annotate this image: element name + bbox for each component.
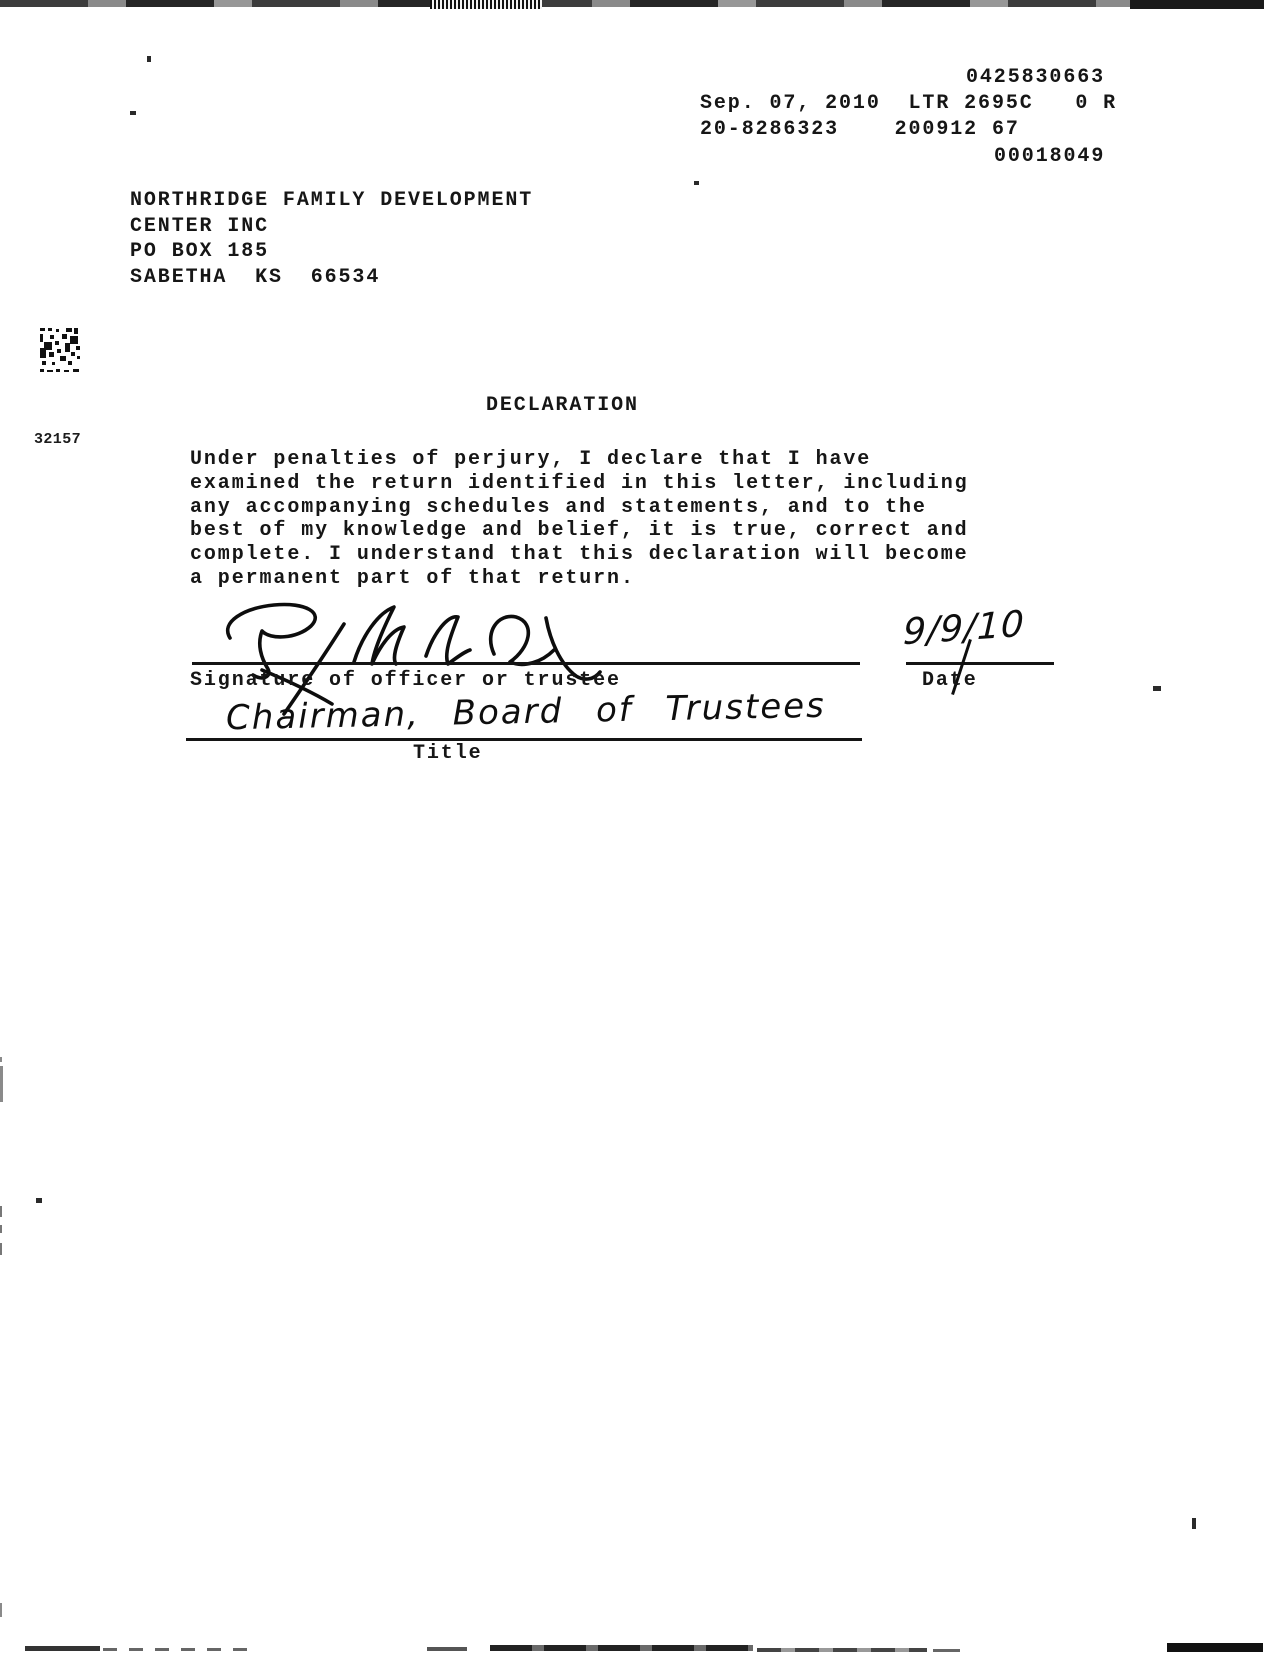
data-matrix-barcode-icon xyxy=(40,328,82,374)
scan-speck xyxy=(36,1198,42,1203)
declaration-line: complete. I understand that this declara… xyxy=(190,543,969,567)
header-date-line: Sep. 07, 2010 LTR 2695C 0 R xyxy=(700,92,1117,116)
declaration-heading: DECLARATION xyxy=(486,394,639,418)
declaration-line: examined the return identified in this l… xyxy=(190,472,969,496)
scan-artifact-bottom-edge xyxy=(1167,1643,1263,1652)
date-label: Date xyxy=(922,669,978,693)
scan-artifact-bottom-edge xyxy=(933,1649,960,1652)
scan-artifact-left-line xyxy=(0,1066,3,1102)
side-code: 32157 xyxy=(34,432,81,447)
scan-speck xyxy=(130,111,136,115)
scan-artifact-left-tick xyxy=(0,1057,2,1062)
scan-artifact-bottom-edge xyxy=(757,1648,927,1652)
signature-line-rule xyxy=(192,662,860,665)
scan-artifact-top-edge xyxy=(0,0,1264,7)
scan-artifact-left-dash xyxy=(0,1243,2,1255)
header-control-number: 00018049 xyxy=(994,145,1105,169)
declaration-paragraph: Under penalties of perjury, I declare th… xyxy=(190,448,969,591)
scan-artifact-bottom-edge xyxy=(25,1646,100,1651)
address-line: NORTHRIDGE FAMILY DEVELOPMENT xyxy=(130,188,533,214)
recipient-address: NORTHRIDGE FAMILY DEVELOPMENT CENTER INC… xyxy=(130,188,533,290)
declaration-line: any accompanying schedules and statement… xyxy=(190,496,969,520)
header-doc-number: 0425830663 xyxy=(966,66,1105,90)
scan-artifact-bottom-edge xyxy=(427,1647,467,1651)
declaration-line: best of my knowledge and belief, it is t… xyxy=(190,519,969,543)
declaration-line: Under penalties of perjury, I declare th… xyxy=(190,448,969,472)
signature-label: Signature of officer or trustee xyxy=(190,669,621,693)
scanned-letter-page: 0425830663 Sep. 07, 2010 LTR 2695C 0 R 2… xyxy=(0,0,1264,1653)
scan-artifact-bottom-edge xyxy=(103,1648,250,1651)
scan-speck xyxy=(1153,686,1161,691)
scan-artifact-left-tick xyxy=(0,1603,2,1617)
scan-speck xyxy=(147,56,151,62)
scan-speck xyxy=(1192,1518,1196,1529)
handwritten-date: 9/9/10 xyxy=(902,604,1025,654)
scan-artifact-left-dash xyxy=(0,1225,2,1233)
scan-speck xyxy=(694,181,699,185)
date-line-rule xyxy=(906,662,1054,665)
scan-artifact-top-right-blotch xyxy=(1130,0,1264,9)
title-line-rule xyxy=(186,738,862,741)
header-ein-line: 20-8286323 200912 67 xyxy=(700,118,1020,142)
scan-artifact-bottom-edge xyxy=(490,1645,753,1651)
scan-artifact-top-hatch xyxy=(430,0,542,9)
scan-artifact-left-dash xyxy=(0,1206,2,1217)
title-label: Title xyxy=(413,742,483,766)
address-line: PO BOX 185 xyxy=(130,239,533,265)
address-line: SABETHA KS 66534 xyxy=(130,265,533,291)
address-line: CENTER INC xyxy=(130,214,533,240)
